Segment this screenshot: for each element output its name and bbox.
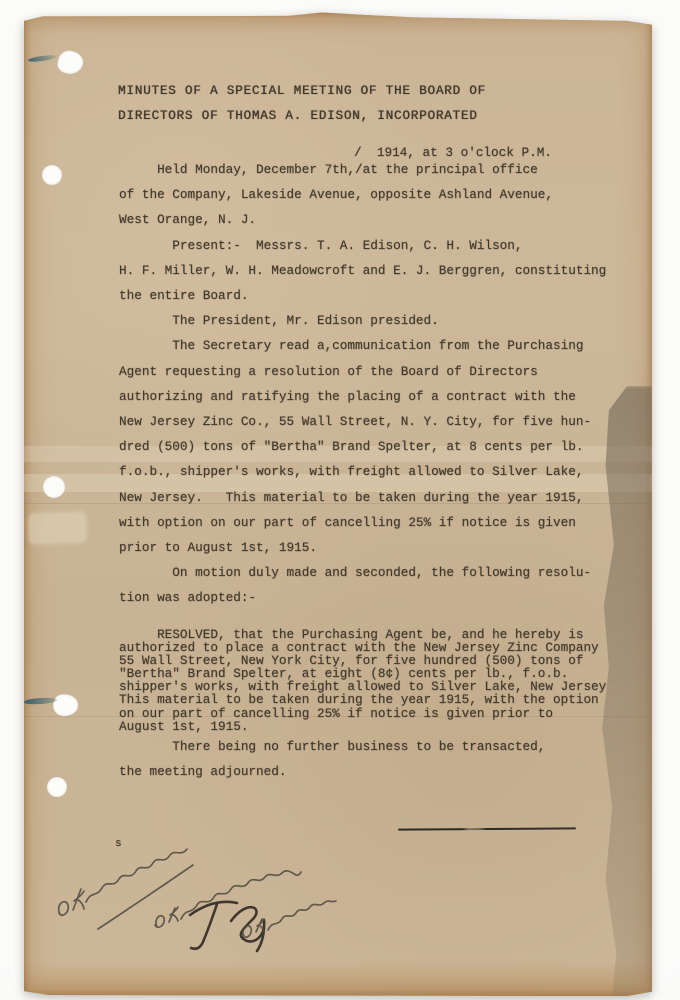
signature-tae-monogram <box>190 902 264 951</box>
signature-ok-hfm <box>243 901 336 937</box>
document-page: MINUTES OF A SPECIAL MEETING OF THE BOAR… <box>24 12 652 996</box>
blue-pen-mark <box>28 54 56 62</box>
scan-background: MINUTES OF A SPECIAL MEETING OF THE BOAR… <box>0 0 680 1000</box>
punch-hole <box>52 693 79 718</box>
tape-patch <box>30 513 86 543</box>
signature-ok-meadowcroft <box>155 871 301 927</box>
punch-hole <box>42 165 62 185</box>
closing-paragraph: There being no further business to be tr… <box>119 734 545 784</box>
punch-hole <box>43 476 65 498</box>
signature-line <box>398 827 576 831</box>
signature-ok-ch-wilson <box>59 849 193 929</box>
handwritten-signatures <box>40 832 360 962</box>
resolution-paragraph: RESOLVED, that the Purchasing Agent be, … <box>119 628 606 733</box>
document-title: MINUTES OF A SPECIAL MEETING OF THE BOAR… <box>118 78 486 128</box>
punch-hole <box>56 48 86 76</box>
minutes-body-paragraphs: Held Monday, December 7th,/at the princi… <box>119 157 606 611</box>
punch-hole <box>47 777 67 797</box>
